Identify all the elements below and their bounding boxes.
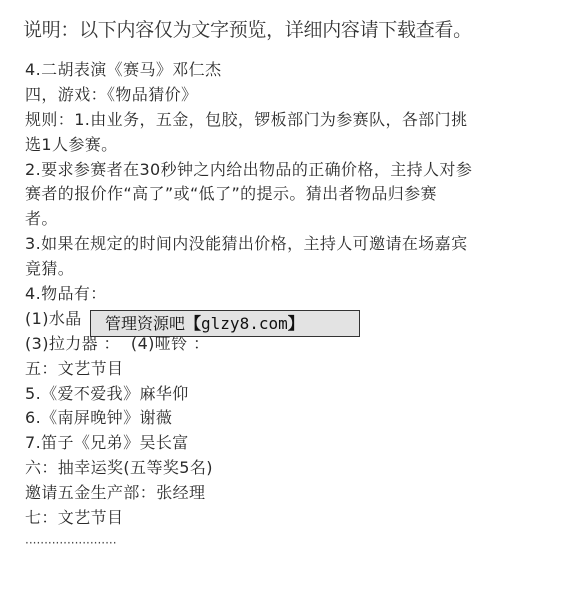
- text-line: 六：抽幸运奖(五等奖5名): [25, 456, 555, 481]
- document-body: 4.二胡表演《赛马》邓仁杰 四，游戏：《物品猜价》 规则：1.由业务，五金，包胶…: [25, 58, 555, 556]
- text-line: 4.二胡表演《赛马》邓仁杰: [25, 58, 555, 83]
- preview-notice: 说明：以下内容仅为文字预览，详细内容请下载查看。: [23, 17, 472, 43]
- text-line: 赛者的报价作“高了”或“低了”的提示。猜出者物品归参赛: [25, 182, 555, 207]
- text-line: 6.《南屏晚钟》谢薇: [25, 406, 555, 431]
- text-line: 3.如果在规定的时间内没能猜出价格，主持人可邀请在场嘉宾: [25, 232, 555, 257]
- watermark-overlay: 管理资源吧【glzy8.com】: [90, 310, 360, 337]
- text-line: 2.要求参赛者在30秒钟之内给出物品的正确价格，主持人对参: [25, 158, 555, 183]
- text-line: 邀请五金生产部：张经理: [25, 481, 555, 506]
- text-line: 规则：1.由业务，五金，包胶，锣板部门为参赛队，各部门挑: [25, 108, 555, 133]
- text-line: 七：文艺节目: [25, 506, 555, 531]
- text-line: 选1人参赛。: [25, 133, 555, 158]
- text-line: 四，游戏：《物品猜价》: [25, 83, 555, 108]
- text-line: 7.笛子《兄弟》吴长富: [25, 431, 555, 456]
- text-line: 竟猜。: [25, 257, 555, 282]
- watermark-open-bracket: 【: [185, 314, 201, 333]
- text-line: 5.《爱不爱我》麻华仰: [25, 382, 555, 407]
- watermark-close-bracket: 】: [288, 314, 304, 333]
- watermark-site: glzy8.com: [201, 314, 288, 333]
- text-line: 4.物品有：: [25, 282, 555, 307]
- watermark-text: 管理资源吧: [105, 314, 185, 333]
- text-line: 者。: [25, 207, 555, 232]
- text-line: 五：文艺节目: [25, 357, 555, 382]
- ellipsis-dots: ························: [25, 531, 555, 556]
